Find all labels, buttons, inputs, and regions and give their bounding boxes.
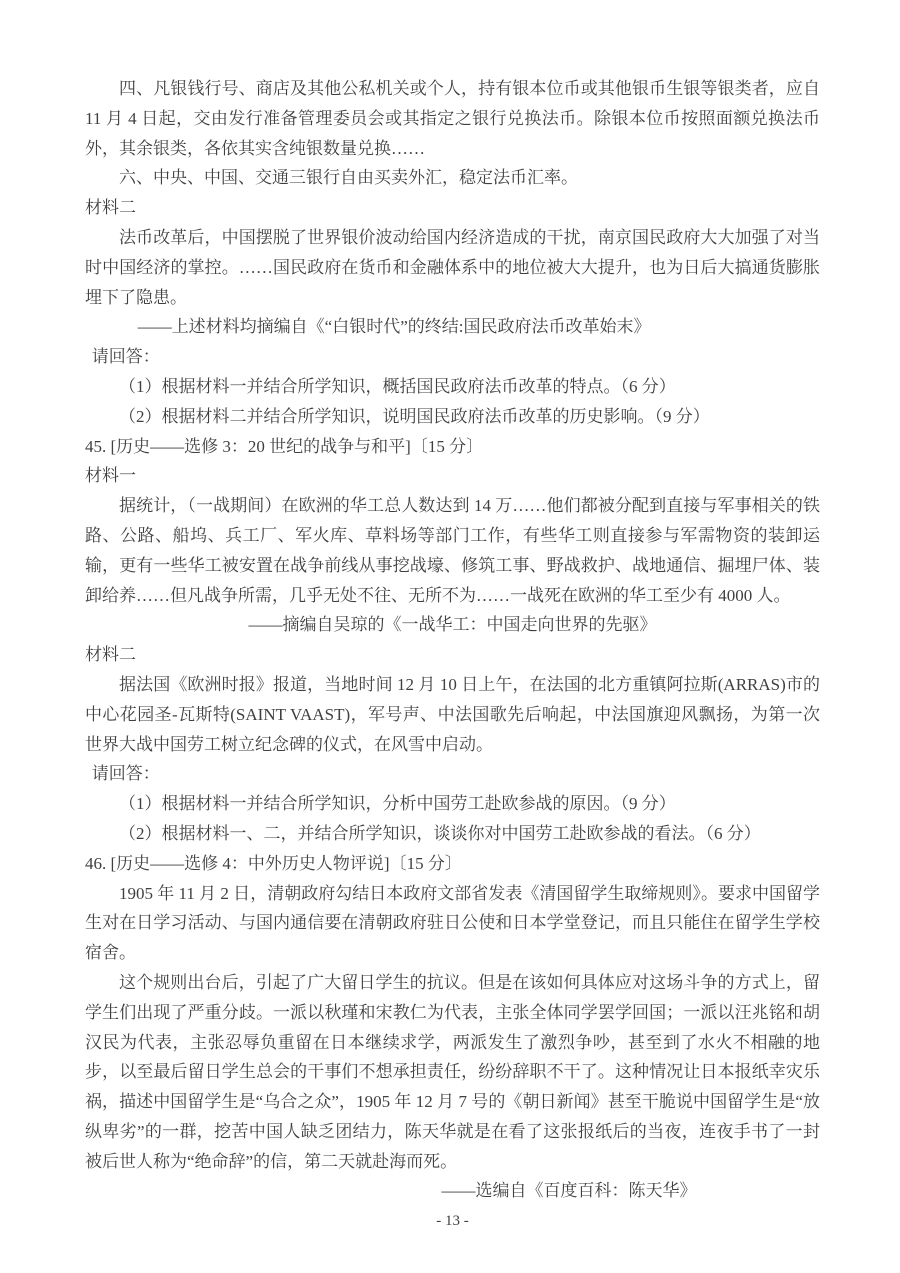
paragraph-question: （1）根据材料一并结合所学知识，概括国民政府法币改革的特点。（6 分） — [85, 372, 820, 402]
paragraph-body: 据统计，（一战期间）在欧洲的华工总人数达到 14 万……他们都被分配到直接与军事… — [85, 491, 820, 610]
paragraph-question: （1）根据材料一并结合所学知识，分析中国劳工赴欧参战的原因。（9 分） — [85, 789, 820, 819]
paragraph-body: 六、中央、中国、交通三银行自由买卖外汇，稳定法币汇率。 — [85, 163, 820, 193]
paragraph-citation-offset: ——选编自《百度百科：陈天华》 — [85, 1176, 820, 1206]
paragraph-intro: 请回答： — [85, 342, 820, 372]
paragraph-heading: 45. [历史——选修 3：20 世纪的战争与和平]〔15 分〕 — [85, 432, 820, 462]
paragraph-body: 这个规则出台后，引起了广大留日学生的抗议。但是在该如何具体应对这场斗争的方式上，… — [85, 968, 820, 1177]
paragraph-body: 1905 年 11 月 2 日，清朝政府勾结日本政府文部省发表《清国留学生取缔规… — [85, 879, 820, 968]
paragraph-body: 据法国《欧洲时报》报道，当地时间 12 月 10 日上午，在法国的北方重镇阿拉斯… — [85, 670, 820, 759]
paragraph-citation-indent: ——上述材料均摘编自《“白银时代”的终结:国民政府法币改革始末》 — [85, 312, 820, 342]
document-body: 四、凡银钱行号、商店及其他公私机关或个人，持有银本位币或其他银币生银等银类者，应… — [85, 74, 820, 1206]
paragraph-question: （2）根据材料一、二，并结合所学知识，谈谈你对中国劳工赴欧参战的看法。（6 分） — [85, 819, 820, 849]
paragraph-intro: 请回答： — [85, 759, 820, 789]
paragraph-heading: 46. [历史——选修 4：中外历史人物评说]〔15 分〕 — [85, 849, 820, 879]
paragraph-citation-center: ——摘编自吴琼的《一战华工：中国走向世界的先驱》 — [85, 610, 820, 640]
paragraph-body: 四、凡银钱行号、商店及其他公私机关或个人，持有银本位币或其他银币生银等银类者，应… — [85, 74, 820, 163]
paragraph-label: 材料二 — [85, 640, 820, 670]
paragraph-label: 材料一 — [85, 461, 820, 491]
exam-document-page: 四、凡银钱行号、商店及其他公私机关或个人，持有银本位币或其他银币生银等银类者，应… — [0, 0, 900, 1273]
paragraph-question: （2）根据材料二并结合所学知识，说明国民政府法币改革的历史影响。（9 分） — [85, 402, 820, 432]
paragraph-label: 材料二 — [85, 193, 820, 223]
page-number: - 13 - — [85, 1207, 820, 1237]
paragraph-body: 法币改革后，中国摆脱了世界银价波动给国内经济造成的干扰，南京国民政府大大加强了对… — [85, 223, 820, 312]
